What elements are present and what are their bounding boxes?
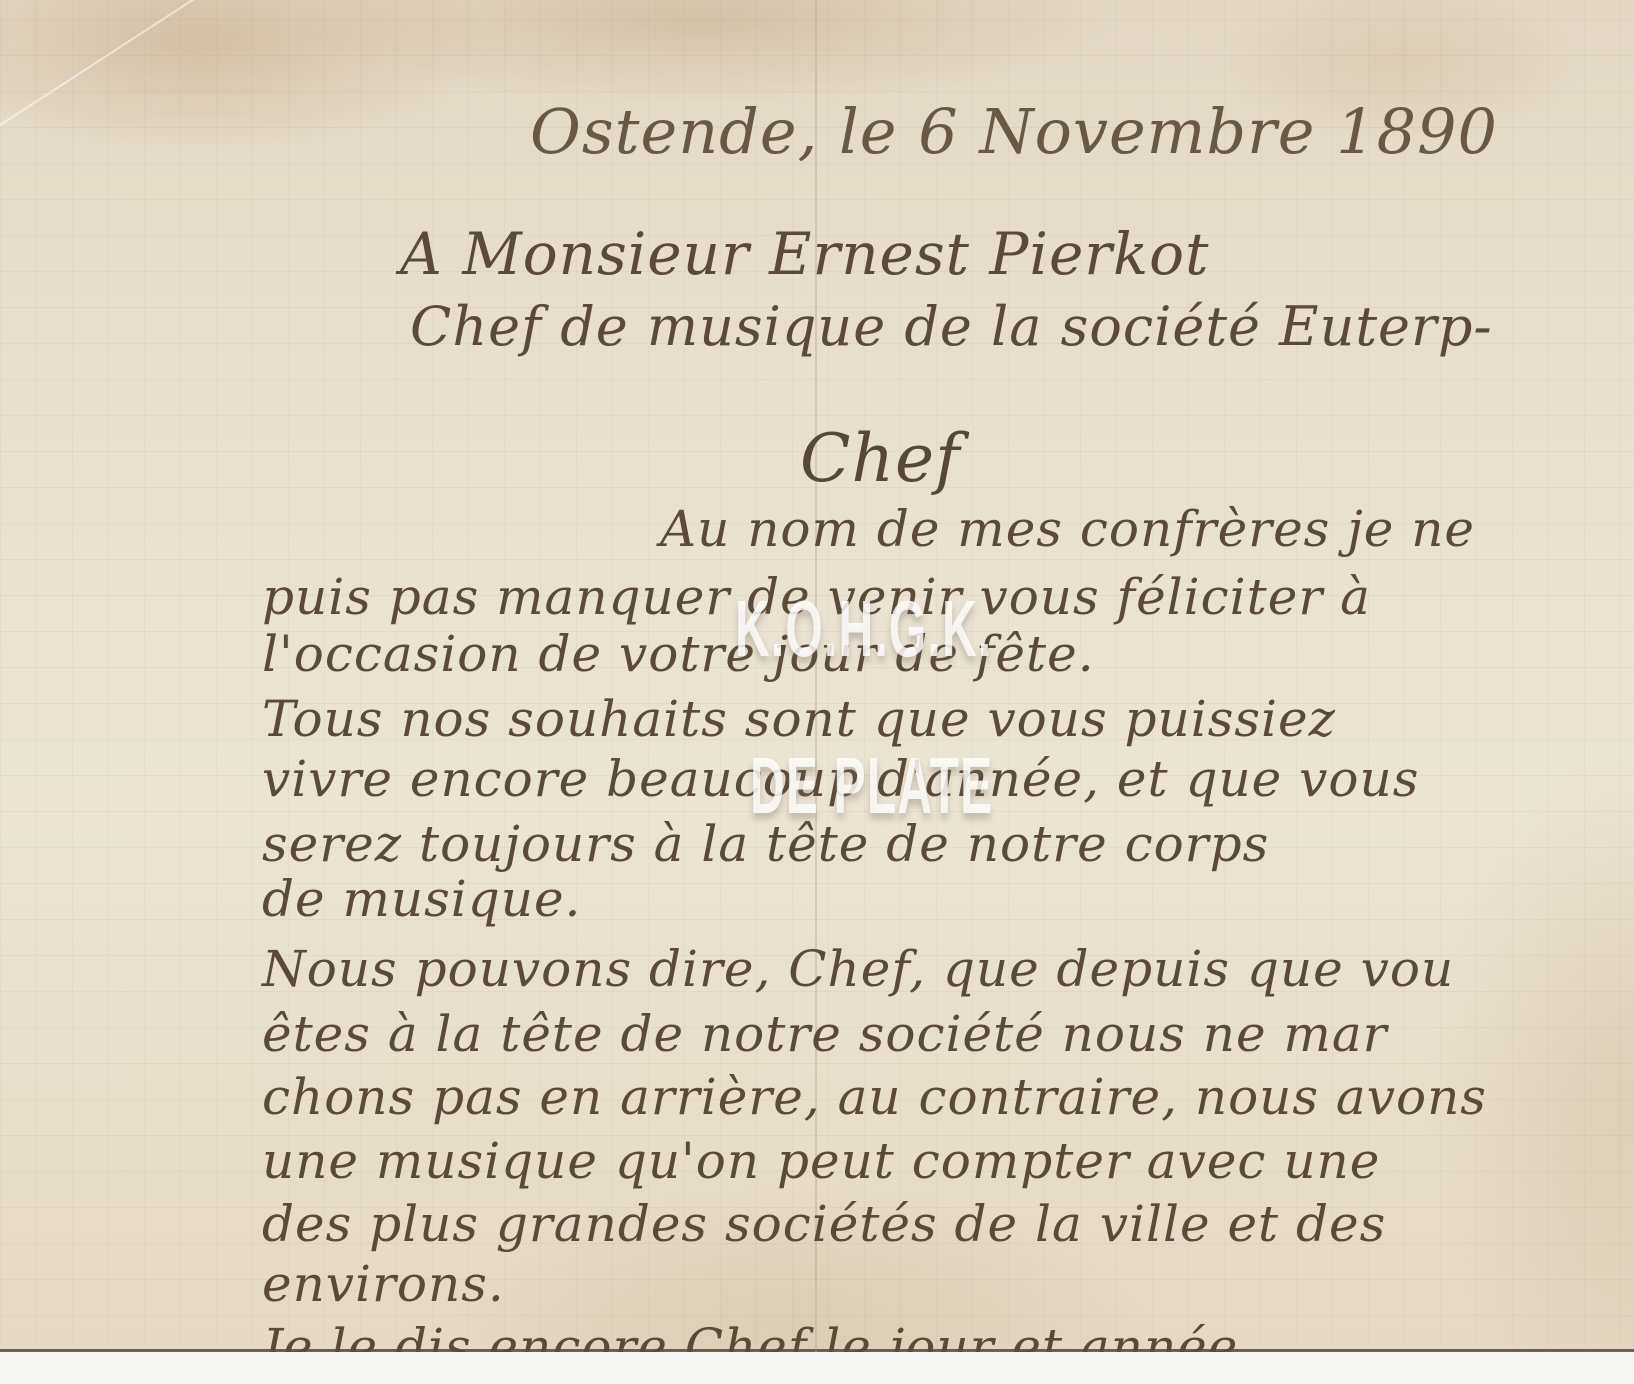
body-line: Au nom de mes confrères je ne (660, 500, 1475, 558)
addressee: A Monsieur Ernest Pierkot (400, 220, 1209, 288)
body-line: êtes à la tête de notre société nous ne … (262, 1005, 1388, 1063)
body-line: des plus grandes sociétés de la ville et… (262, 1195, 1386, 1253)
watermark-line-1: K.O.H.G.K. (735, 583, 992, 675)
scan-background (0, 1352, 1634, 1384)
paper-crease-diagonal (0, 0, 397, 152)
body-line: Nous pouvons dire, Chef, que depuis que … (262, 940, 1454, 998)
body-line: environs. (262, 1255, 505, 1313)
letter-paper: Ostende, le 6 Novembre 1890 A Monsieur E… (0, 0, 1634, 1352)
body-line: une musique qu'on peut compter avec une (262, 1132, 1380, 1190)
body-line: de musique. (262, 870, 581, 928)
salutation: Chef (800, 420, 961, 497)
place-and-date: Ostende, le 6 Novembre 1890 (530, 95, 1498, 168)
body-line: chons pas en arrière, au contraire, nous… (262, 1068, 1487, 1126)
watermark-line-2: DE PLATE (750, 740, 993, 832)
addressee-title: Chef de musique de la société Euterp- (410, 295, 1493, 358)
